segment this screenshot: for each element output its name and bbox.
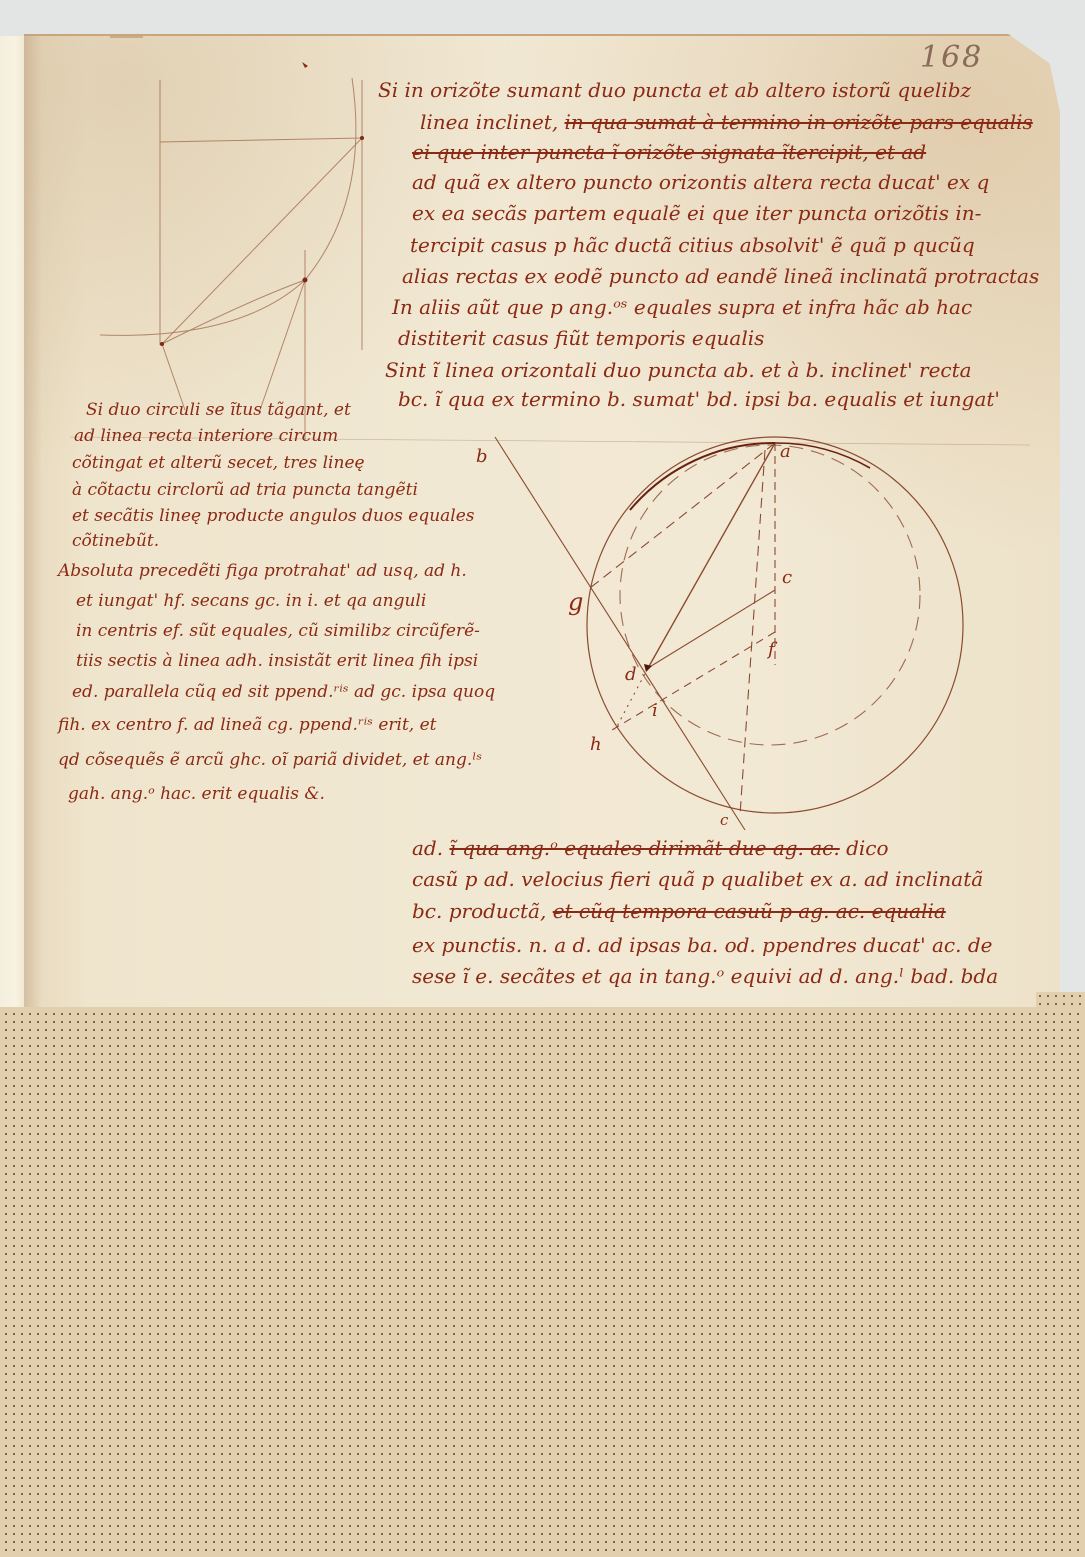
manuscript-line: linea inclinet, in qua sumat à termino i… — [420, 112, 1033, 132]
manuscript-line: in centris ef. sũt equales, cũ similibz … — [76, 623, 480, 640]
manuscript-line-struck: ei que inter puncta ĩ orizõte signata ĩt… — [412, 142, 926, 162]
manuscript-line: gah. ang.ᵒ hac. erit equalis &. — [68, 786, 325, 803]
manuscript-line: bc. productã, et cũq tempora casuũ p ag.… — [412, 901, 946, 921]
page-edge-shadow — [24, 34, 42, 1009]
manuscript-line: distiterit casus fiũt temporis equalis — [398, 328, 764, 348]
manuscript-line: cõtingat et alterũ secet, tres lineę — [72, 455, 365, 472]
manuscript-line: tercipit casus p hãc ductã citius absolv… — [410, 235, 975, 255]
manuscript-line: ad. ĩ qua ang.ᵒ equales dirimãt due ag. … — [412, 838, 889, 858]
manuscript-line: alias rectas ex eodẽ puncto ad eandẽ lin… — [402, 266, 1039, 286]
missing-region-pattern-edge — [1036, 992, 1085, 1008]
manuscript-line: ad linea recta interiore circum — [74, 428, 338, 445]
manuscript-line: Si duo circuli se ĩtus tãgant, et — [86, 402, 351, 419]
binding-strip — [0, 36, 26, 1011]
manuscript-line: ex punctis. n. a d. ad ipsas ba. od. ppe… — [412, 935, 992, 955]
manuscript-line: et secãtis lineę producte angulos duos e… — [72, 508, 475, 525]
manuscript-line: tiis sectis à linea adh. insistãt erit l… — [76, 653, 478, 670]
manuscript-line: ad quã ex altero puncto orizontis altera… — [412, 172, 989, 192]
manuscript-line: Si in orizõte sumant duo puncta et ab al… — [378, 80, 971, 100]
folio-number: 168 — [920, 40, 983, 75]
manuscript-line: ex ea secãs partem equalẽ ei que iter pu… — [412, 203, 981, 223]
manuscript-line: Sint ĩ linea orizontali duo puncta ab. e… — [385, 360, 972, 380]
manuscript-line: fih. ex centro f. ad lineã cg. ppend.ʳⁱˢ… — [58, 717, 437, 734]
manuscript-line: cõtinebũt. — [72, 533, 159, 550]
manuscript-line: à cõtactu circlorũ ad tria puncta tangẽt… — [72, 482, 418, 499]
manuscript-line: Absoluta precedẽti figa protrahat' ad us… — [58, 563, 467, 580]
manuscript-line: In aliis aũt que p ang.ᵒˢ equales supra … — [392, 297, 972, 317]
manuscript-line: casũ p ad. velocius fieri quã p qualibet… — [412, 869, 983, 889]
manuscript-line: bc. ĩ qua ex termino b. sumat' bd. ipsi … — [398, 389, 1000, 409]
missing-region-pattern — [0, 1007, 1085, 1557]
manuscript-line: qd cõsequẽs ẽ arcũ ghc. oĩ pariã dividet… — [58, 752, 482, 769]
manuscript-line: sese ĩ e. secãtes et qa in tang.ᵒ equivi… — [412, 966, 998, 986]
manuscript-line: ed. parallela cũq ed sit ppend.ʳⁱˢ ad gc… — [72, 684, 495, 701]
manuscript-line: et iungat' hf. secans gc. in i. et qa an… — [76, 593, 426, 610]
